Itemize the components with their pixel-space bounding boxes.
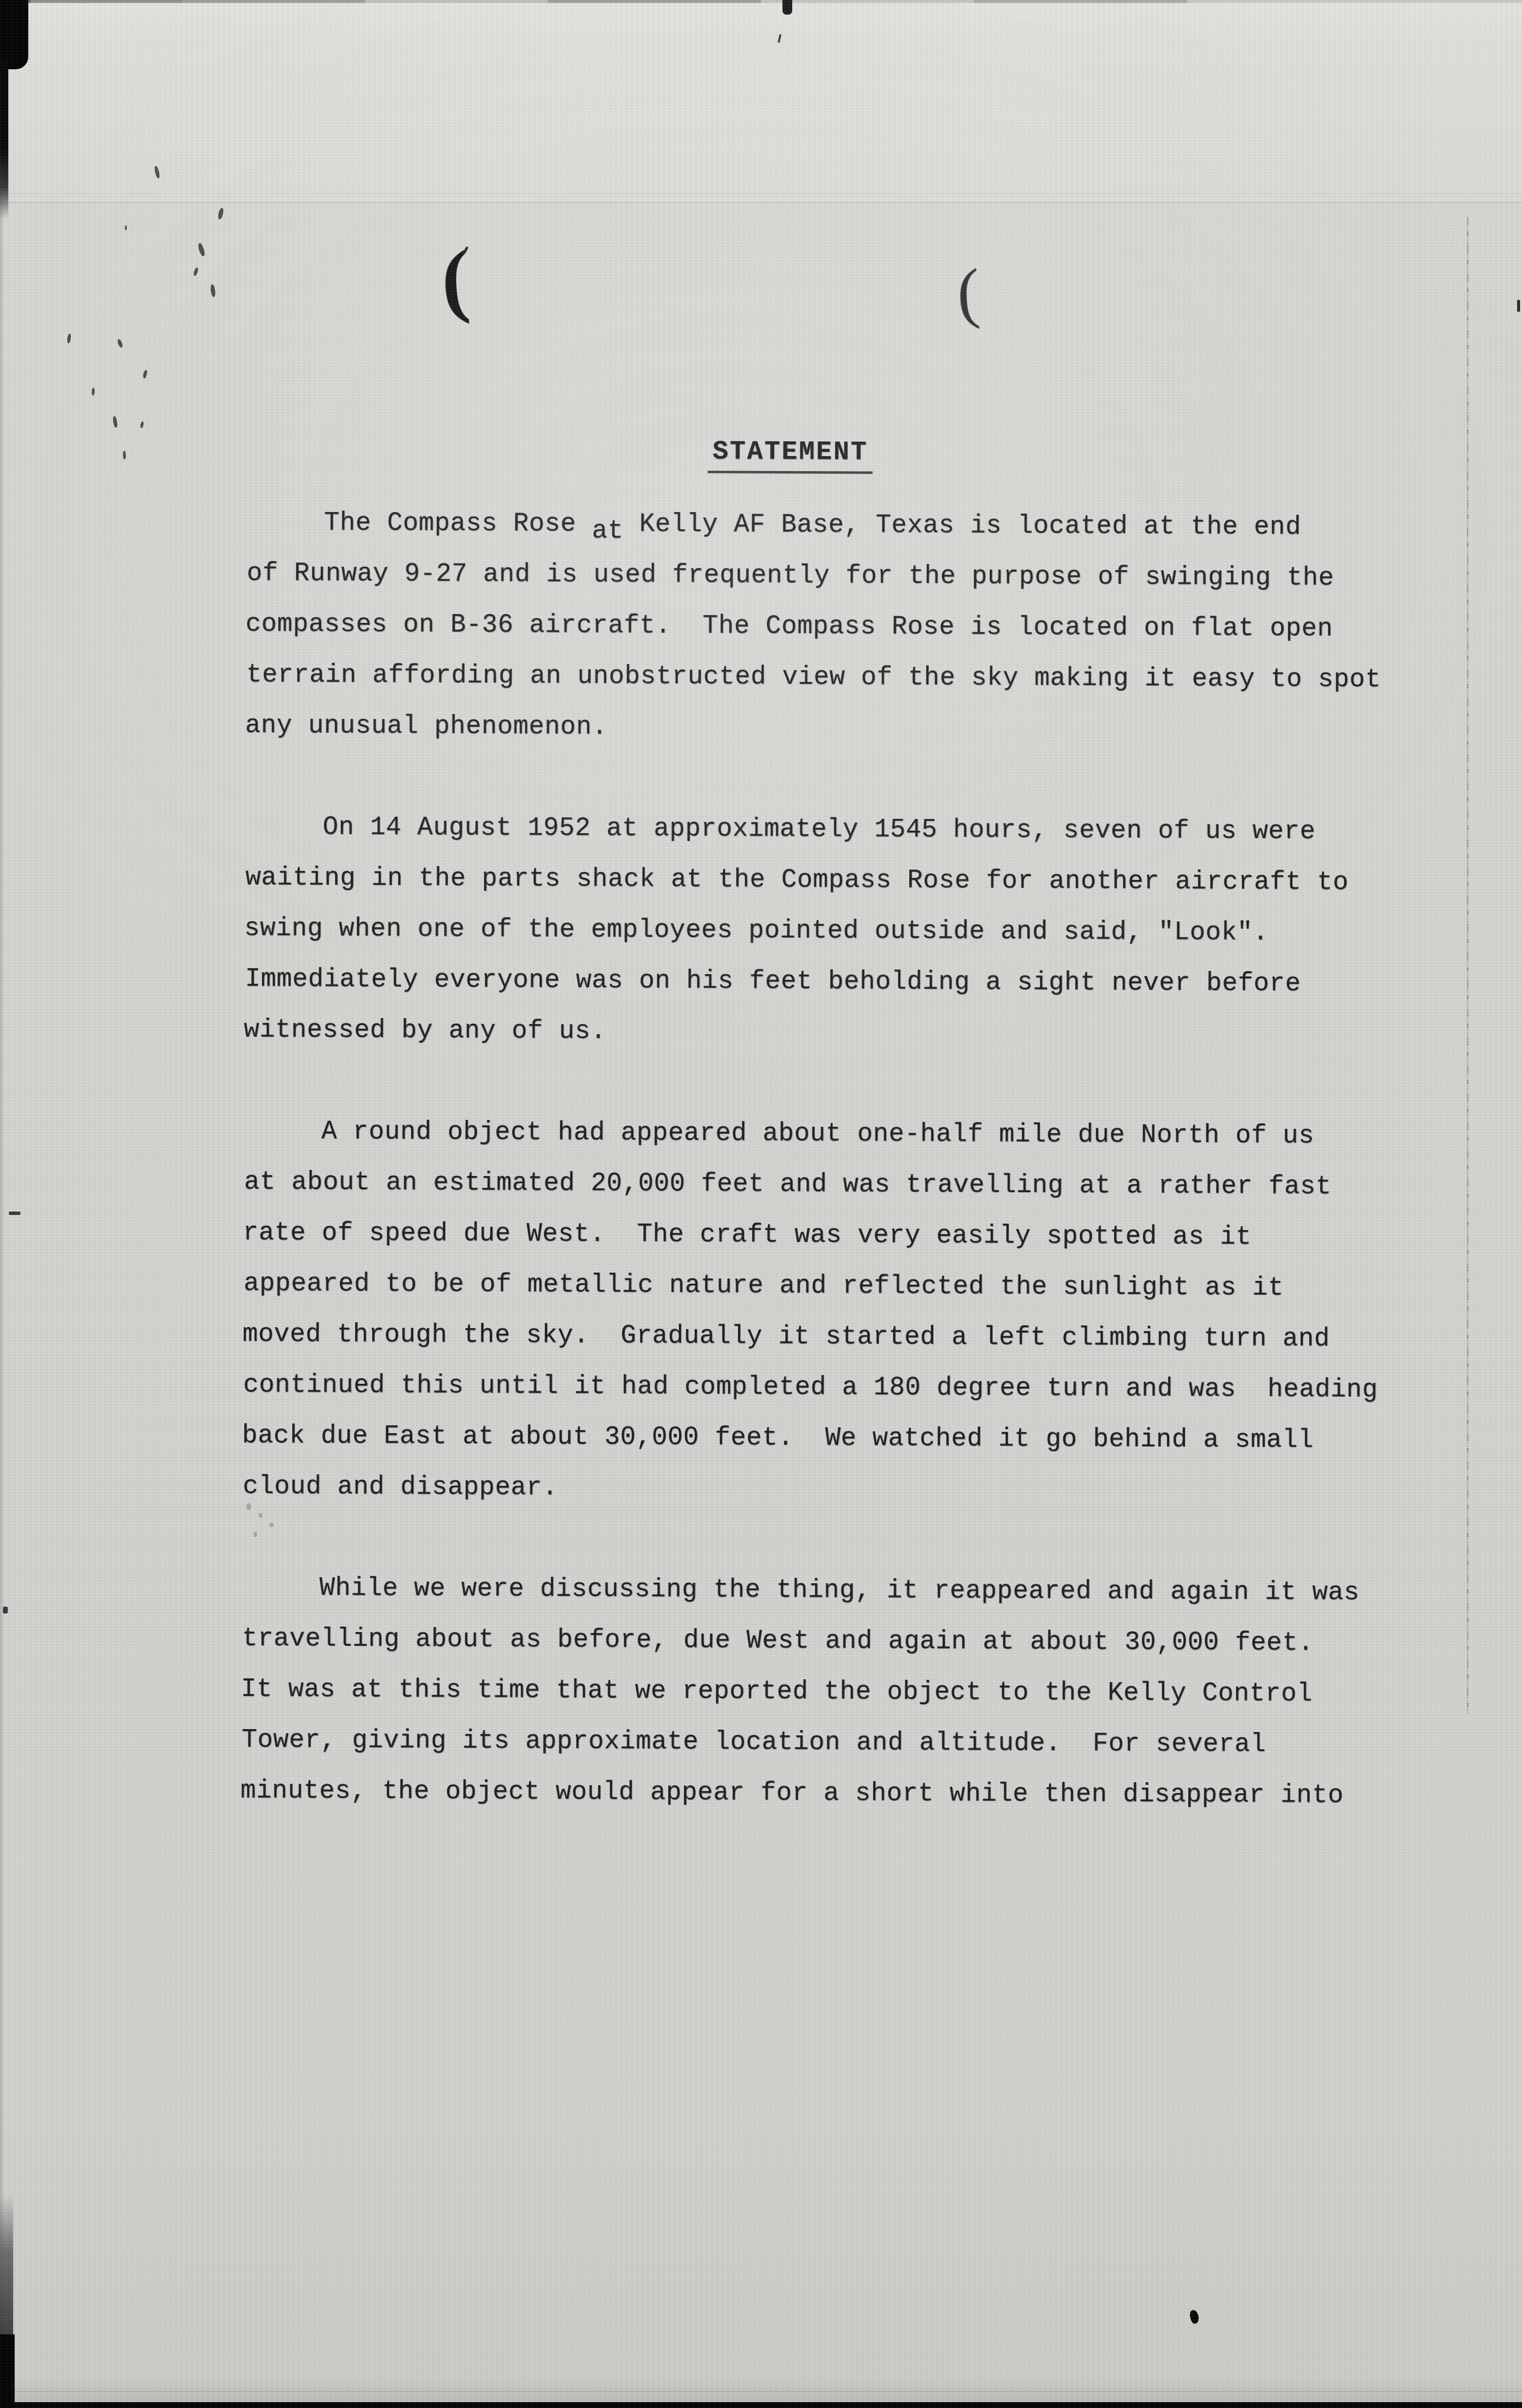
statement-paragraph: While we were discussing the thing, it r… [240, 1562, 1422, 1821]
film-edge-vertical-line-right [1467, 217, 1468, 1714]
ink-speck [67, 334, 71, 344]
lowered-word: at [592, 516, 623, 545]
typed-line: While we were discussing the thing, it r… [241, 1562, 1422, 1618]
scanner-corner-strip-top-left [0, 59, 8, 219]
typed-line: cloud and disappear. [242, 1461, 1423, 1517]
ink-speck [193, 267, 199, 276]
typed-line: at about an estimated 20,000 feet and wa… [244, 1156, 1424, 1213]
typed-line: A round object had appeared about one-ha… [243, 1106, 1424, 1162]
typed-line: rate of speed due West. The craft was ve… [243, 1207, 1423, 1263]
left-margin-mark [9, 1212, 20, 1215]
ink-speck [92, 388, 95, 396]
document-title: STATEMENT [200, 436, 1381, 470]
statement-paragraph: On 14 August 1952 at approximately 1545 … [243, 801, 1425, 1060]
typed-line: It was at this time that we reported the… [241, 1664, 1422, 1720]
typed-line: compasses on B-36 aircraft. The Compass … [245, 598, 1426, 655]
typed-line: travelling about as before, due West and… [242, 1613, 1422, 1669]
typed-line: The Compass Rose at Kelly AF Base, Texas… [246, 497, 1426, 553]
ink-speck [218, 207, 224, 219]
typed-line: continued this until it had completed a … [243, 1359, 1423, 1415]
ink-speck [210, 284, 216, 297]
typed-line: back due East at about 30,000 feet. We w… [242, 1410, 1422, 1466]
ink-dot-bottom-right [1189, 2309, 1200, 2324]
scanner-top-edge-shade [0, 0, 1522, 3]
statement-paragraph: A round object had appeared about one-ha… [241, 1106, 1424, 1517]
typed-line: swing when one of the employees pointed … [244, 903, 1424, 959]
ink-speck [142, 370, 147, 379]
handwritten-parenthesis-right: ( [955, 253, 981, 332]
scanner-corner-shade-bottom-left [0, 2195, 13, 2341]
scanned-document-page: ( ( STATEMENT The Compass Rose at Kelly … [0, 0, 1522, 2408]
left-margin-mark [3, 1607, 8, 1613]
scan-seam-line-top [0, 202, 1522, 203]
typed-line: Immediately everyone was on his feet beh… [245, 954, 1425, 1010]
ink-tick [778, 34, 781, 43]
scanner-left-edge-shade [0, 0, 4, 2408]
ink-speck [154, 165, 160, 179]
scan-seam-line-bottom [0, 2391, 1522, 2392]
right-edge-mark [1517, 300, 1520, 312]
ink-speck [122, 451, 126, 459]
scanner-bottom-edge [0, 2402, 1522, 2408]
scan-seam-line-faint [0, 193, 1522, 194]
typed-line: witnessed by any of us. [243, 1004, 1424, 1060]
typed-line: minutes, the object would appear for a s… [240, 1765, 1421, 1821]
statement-paragraph: The Compass Rose at Kelly AF Base, Texas… [245, 497, 1426, 756]
ink-speck [140, 421, 144, 429]
ink-speck [197, 242, 206, 257]
typed-line: any unusual phenomenon. [245, 700, 1425, 756]
scanner-corner-shadow-bottom-left [0, 2334, 15, 2408]
typed-line: appeared to be of metallic nature and re… [243, 1258, 1424, 1314]
ink-speck [117, 338, 124, 348]
ink-speck [112, 416, 119, 428]
typed-line: waiting in the parts shack at the Compas… [245, 852, 1426, 908]
typed-text-block: STATEMENT The Compass Rose at Kelly AF B… [240, 436, 1427, 1821]
typed-line: of Runway 9-27 and is used frequently fo… [247, 548, 1427, 604]
typed-line: On 14 August 1952 at approximately 1545 … [244, 801, 1425, 857]
ink-speck [125, 225, 127, 230]
typed-line: moved through the sky. Gradually it star… [242, 1309, 1423, 1365]
typed-line: terrain affording an unobstructed view o… [246, 649, 1427, 705]
typed-line: Tower, giving its approximate location a… [241, 1714, 1422, 1771]
scanner-top-edge-mark [782, 0, 792, 15]
